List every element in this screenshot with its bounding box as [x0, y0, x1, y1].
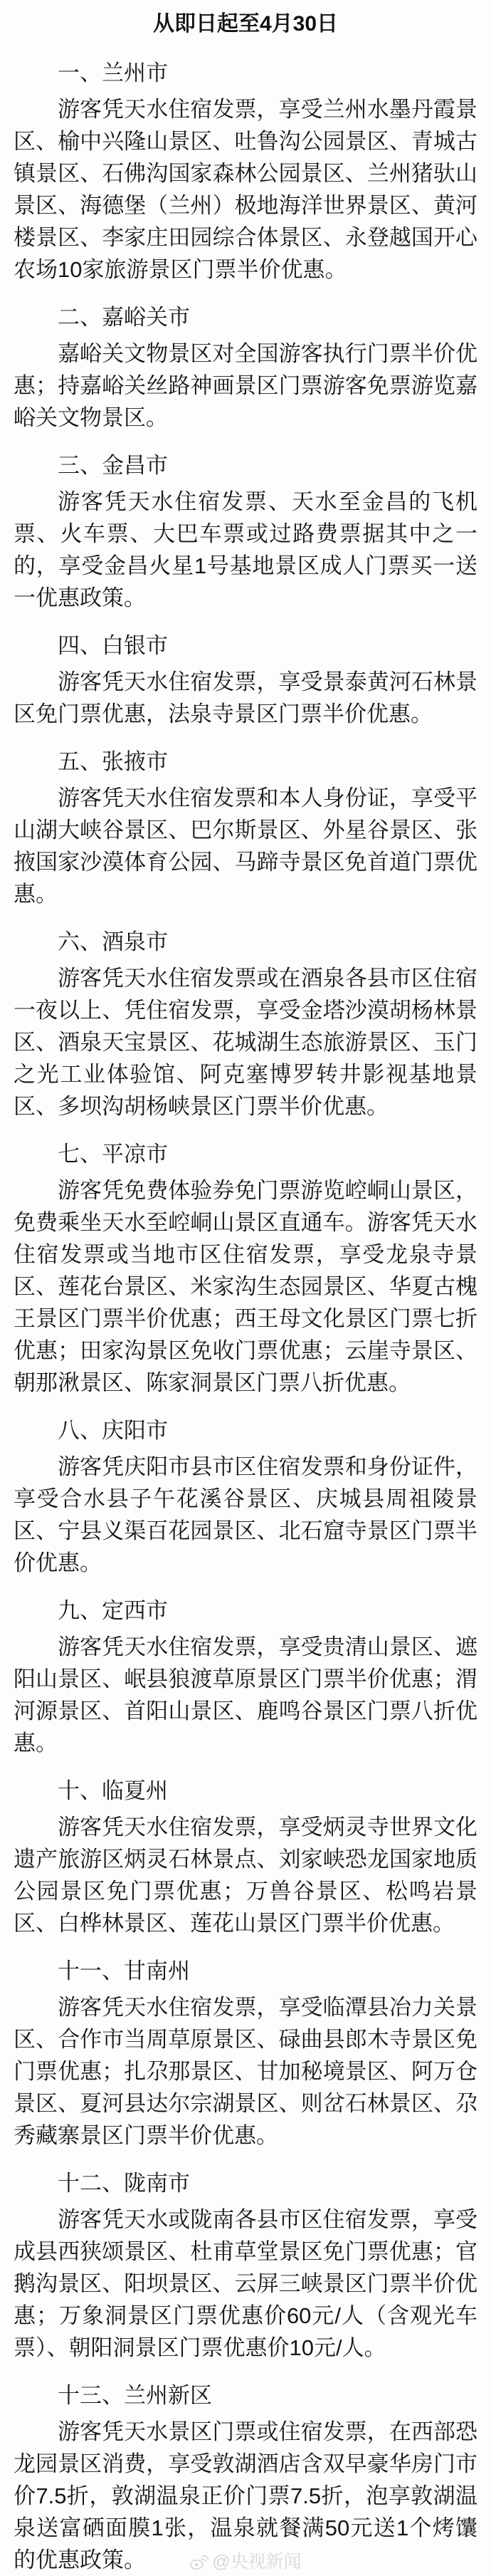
- section-6-heading: 六、酒泉市: [14, 926, 477, 958]
- section-1-body: 游客凭天水住宿发票，享受兰州水墨丹霞景区、榆中兴隆山景区、吐鲁沟公园景区、青城古…: [14, 93, 477, 286]
- section-10-body: 游客凭天水住宿发票，享受炳灵寺世界文化遗产旅游区炳灵石林景点、刘家峡恐龙国家地质…: [14, 1811, 477, 1939]
- section-2-heading: 二、嘉峪关市: [14, 301, 477, 333]
- section-13-heading: 十三、兰州新区: [14, 2379, 477, 2411]
- notice-page: 从即日起至4月30日 一、兰州市 游客凭天水住宿发票，享受兰州水墨丹霞景区、榆中…: [0, 0, 491, 2576]
- section-2-body: 嘉峪关文物景区对全国游客执行门票半价优惠；持嘉峪关丝路神画景区门票游客免票游览嘉…: [14, 338, 477, 434]
- section-7-heading: 七、平凉市: [14, 1138, 477, 1170]
- notice-title: 从即日起至4月30日: [14, 7, 477, 41]
- section-5-body: 游客凭天水住宿发票和本人身份证，享受平山湖大峡谷景区、巴尔斯景区、外星谷景区、张…: [14, 782, 477, 910]
- section-3-heading: 三、金昌市: [14, 449, 477, 481]
- section-8-heading: 八、庆阳市: [14, 1414, 477, 1446]
- section-6-body: 游客凭天水住宿发票或在酒泉各县市区住宿一夜以上、凭住宿发票，享受金塔沙漠胡杨林景…: [14, 962, 477, 1122]
- section-7-body: 游客凭免费体验券免门票游览崆峒山景区，免费乘坐天水至崆峒山景区直通车。游客凭天水…: [14, 1174, 477, 1399]
- section-12-body: 游客凭天水或陇南各县市区住宿发票，享受成县西狭颂景区、杜甫草堂景区免门票优惠；官…: [14, 2204, 477, 2364]
- section-9-heading: 九、定西市: [14, 1595, 477, 1627]
- section-3-body: 游客凭天水住宿发票、天水至金昌的飞机票、火车票、大巴车票或过路费票据其中之一的，…: [14, 486, 477, 614]
- section-10-heading: 十、临夏州: [14, 1775, 477, 1807]
- weibo-logo-icon: [189, 2554, 208, 2570]
- section-12-heading: 十二、陇南市: [14, 2167, 477, 2199]
- section-5-heading: 五、张掖市: [14, 746, 477, 778]
- section-8-body: 游客凭庆阳市县市区住宿发票和身份证件，享受合水县子午花溪谷景区、庆城县周祖陵景区…: [14, 1451, 477, 1579]
- section-9-body: 游客凭天水住宿发票，享受贵清山景区、遮阳山景区、岷县狼渡草原景区门票半价优惠；渭…: [14, 1631, 477, 1759]
- section-11-heading: 十一、甘南州: [14, 1955, 477, 1987]
- watermark: @央视新闻: [189, 2551, 301, 2572]
- section-11-body: 游客凭天水住宿发票，享受临潭县冶力关景区、合作市当周草原景区、碌曲县郎木寺景区免…: [14, 1991, 477, 2152]
- section-4-body: 游客凭天水住宿发票，享受景泰黄河石林景区免门票优惠，法泉寺景区门票半价优惠。: [14, 666, 477, 730]
- section-1-heading: 一、兰州市: [14, 57, 477, 89]
- watermark-handle: @央视新闻: [212, 2551, 301, 2572]
- section-4-heading: 四、白银市: [14, 630, 477, 662]
